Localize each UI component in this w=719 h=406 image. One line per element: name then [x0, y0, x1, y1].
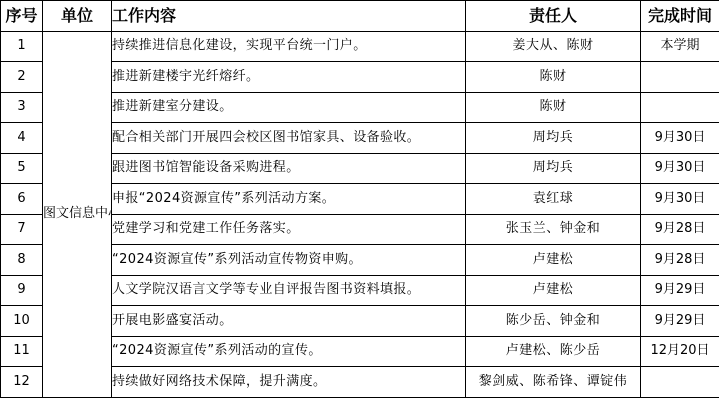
row-seq: 5: [1, 153, 43, 184]
row-content: 持续推进信息化建设，实现平台统一门户。: [112, 31, 466, 62]
header-unit: 单位: [43, 1, 112, 32]
row-person: 陈财: [466, 62, 641, 93]
row-person: 卢建松: [466, 245, 641, 276]
row-due: 9月30日: [641, 184, 719, 215]
row-due: 9月29日: [641, 275, 719, 306]
unit-cell: 图文信息中心: [43, 31, 112, 397]
row-due: 9月30日: [641, 153, 719, 184]
row-person: 周均兵: [466, 123, 641, 154]
table-row: 1 图文信息中心 持续推进信息化建设，实现平台统一门户。 姜大从、陈财 本学期: [1, 31, 719, 62]
row-person: 周均兵: [466, 153, 641, 184]
row-due: 本学期: [641, 31, 719, 62]
header-person: 责任人: [466, 1, 641, 32]
work-plan-table: 序号 单位 工作内容 责任人 完成时间 1 图文信息中心 持续推进信息化建设，实…: [0, 0, 719, 398]
row-content: 人文学院汉语言文学等专业自评报告图书资料填报。: [112, 275, 466, 306]
row-seq: 4: [1, 123, 43, 154]
row-person: 陈财: [466, 92, 641, 123]
row-due: [641, 367, 719, 398]
row-content: “2024资源宣传”系列活动的宣传。: [112, 336, 466, 367]
row-content: 申报“2024资源宣传”系列活动方案。: [112, 184, 466, 215]
header-due: 完成时间: [641, 1, 719, 32]
row-content: 推进新建楼宇光纤熔纤。: [112, 62, 466, 93]
row-content: 配合相关部门开展四会校区图书馆家具、设备验收。: [112, 123, 466, 154]
row-seq: 8: [1, 245, 43, 276]
row-due: [641, 92, 719, 123]
row-seq: 11: [1, 336, 43, 367]
row-seq: 9: [1, 275, 43, 306]
row-seq: 3: [1, 92, 43, 123]
row-due: 9月30日: [641, 123, 719, 154]
row-seq: 2: [1, 62, 43, 93]
row-person: 姜大从、陈财: [466, 31, 641, 62]
row-seq: 12: [1, 367, 43, 398]
row-seq: 7: [1, 214, 43, 245]
row-content: 开展电影盛宴活动。: [112, 306, 466, 337]
row-person: 张玉兰、钟金和: [466, 214, 641, 245]
row-person: 陈少岳、钟金和: [466, 306, 641, 337]
row-content: 跟进图书馆智能设备采购进程。: [112, 153, 466, 184]
row-content: 党建学习和党建工作任务落实。: [112, 214, 466, 245]
row-due: 9月29日: [641, 306, 719, 337]
row-due: 9月28日: [641, 214, 719, 245]
header-seq: 序号: [1, 1, 43, 32]
row-content: “2024资源宣传”系列活动宣传物资申购。: [112, 245, 466, 276]
row-seq: 10: [1, 306, 43, 337]
row-due: [641, 62, 719, 93]
row-content: 推进新建室分建设。: [112, 92, 466, 123]
row-person: 袁红球: [466, 184, 641, 215]
row-seq: 6: [1, 184, 43, 215]
row-due: 9月28日: [641, 245, 719, 276]
row-seq: 1: [1, 31, 43, 62]
header-content: 工作内容: [112, 1, 466, 32]
header-row: 序号 单位 工作内容 责任人 完成时间: [1, 1, 719, 32]
row-person: 黎剑威、陈希锋、谭锭伟: [466, 367, 641, 398]
row-person: 卢建松: [466, 275, 641, 306]
row-due: 12月20日: [641, 336, 719, 367]
row-content: 持续做好网络技术保障，提升满度。: [112, 367, 466, 398]
row-person: 卢建松、陈少岳: [466, 336, 641, 367]
